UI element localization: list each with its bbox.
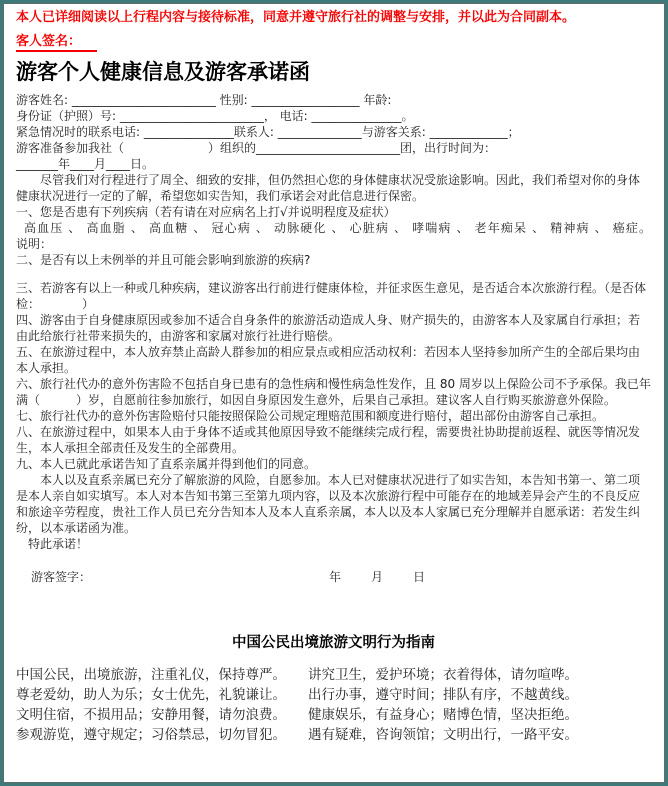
document-page: 本人已详细阅读以上行程内容与接待标准，同意并遵守旅行社的调整与安排，并以此为合同…: [0, 0, 668, 786]
clause-2: 二、是否有以上未例举的并且可能会影响到旅游的疾病?: [16, 252, 651, 268]
document-title: 游客个人健康信息及游客承诺函: [16, 59, 651, 85]
disease-list: 高血压 、 高血脂 、 高血糖 、 冠心病 、 动脉硬化 、 心脏病 、 哮喘病…: [16, 220, 651, 236]
guide-line-right: 讲究卫生，爱护环境；衣着得体，请勿喧哗。: [308, 665, 578, 685]
explanation-label: 说明：: [16, 236, 651, 252]
guide-line-left: 中国公民，出境旅游，注重礼仪，保持尊严。: [16, 665, 302, 685]
signature-row: 游客签字： 年 月 日: [16, 569, 651, 585]
guide-line-right: 健康娱乐，有益身心；赌博色情，坚决拒绝。: [308, 705, 578, 725]
form-line-name-gender-age: 游客姓名: ________________________ 性别: _____…: [16, 92, 651, 108]
clause-3: 三、若游客有以上一种或几种疾病，建议游客出行前进行健康体检，并征求医生意见，是否…: [16, 280, 651, 312]
clause-1: 一、您是否患有下列疾病（若有请在对应病名上打√并说明程度及症状）: [16, 204, 651, 220]
civility-guide-title: 中国公民出境旅游文明行为指南: [16, 634, 651, 652]
guide-row: 参观游览，遵守规定；习俗禁忌，切勿冒犯。 遇有疑难，咨询领馆；文明出行，一路平安…: [16, 725, 651, 745]
guide-line-left: 文明住宿，不损用品；安静用餐，请勿浪费。: [16, 705, 302, 725]
form-line-id-phone: 身份证（护照）号: ________________________， 电话: …: [16, 108, 651, 124]
clause-6: 六、旅行社代办的意外伤害险不包括自身已患有的急性病和慢性病急性发作，且 80 周…: [16, 376, 651, 408]
guide-row: 文明住宿，不损用品；安静用餐，请勿浪费。 健康娱乐，有益身心；赌博色情，坚决拒绝…: [16, 705, 651, 725]
confirmation-paragraph: 本人以及直系亲属已充分了解旅游的风险，自愿参加。本人已对健康状况进行了如实告知，…: [16, 472, 651, 536]
guide-line-left: 尊老爱幼，助人为乐；女士优先，礼貌谦让。: [16, 685, 302, 705]
guide-line-right: 遇有疑难，咨询领馆；文明出行，一路平安。: [308, 725, 578, 745]
guide-row: 中国公民，出境旅游，注重礼仪，保持尊严。 讲究卫生，爱护环境；衣着得体，请勿喧哗…: [16, 665, 651, 685]
signature-date-placeholder: 年 月 日: [329, 569, 427, 585]
form-line-tour-group: 游客准备参加我社（ ）组织的________________________团，…: [16, 140, 651, 156]
civility-guide: 中国公民，出境旅游，注重礼仪，保持尊严。 讲究卫生，爱护环境；衣着得体，请勿喧哗…: [16, 665, 651, 745]
tourist-signature-label: 游客签字：: [31, 569, 91, 585]
clause-7: 七、旅行社代办的意外伤害险赔付只能按照保险公司规定理赔范围和额度进行赔付，超出部…: [16, 408, 651, 424]
contract-notice-text: 本人已详细阅读以上行程内容与接待标准，同意并遵守旅行社的调整与安排，并以此为合同…: [16, 9, 651, 26]
form-line-emergency-contact: 紧急情况时的联系电话: _______________联系人: ________…: [16, 124, 651, 140]
guide-row: 尊老爱幼，助人为乐；女士优先，礼貌谦让。 出行办事，遵守时间；排队有序，不越黄线…: [16, 685, 651, 705]
guide-line-right: 出行办事，遵守时间；排队有序，不越黄线。: [308, 685, 578, 705]
form-line-travel-date: _______年____月____日。: [16, 156, 651, 172]
intro-paragraph: 尽管我们对行程进行了周全、细致的安排，但仍然担心您的身体健康状况受旅途影响。因此…: [16, 172, 651, 204]
clause-5: 五、在旅游过程中，本人放弃禁止高龄人群参加的相应景点或相应活动权利：若因本人坚持…: [16, 344, 651, 376]
promise-statement: 特此承诺！: [16, 536, 651, 552]
guide-line-left: 参观游览，遵守规定；习俗禁忌，切勿冒犯。: [16, 725, 302, 745]
clause-9: 九、本人已就此承诺告知了直系亲属并得到他们的同意。: [16, 456, 651, 472]
guest-signature-line: 客人签名：: [16, 33, 651, 52]
guest-signature-label: 客人签名：: [16, 33, 97, 52]
document-body: 游客姓名: ________________________ 性别: _____…: [16, 92, 651, 585]
clause-4: 四、游客由于自身健康原因或参加不适合自身条件的旅游活动造成人身、财产损失的，由游…: [16, 312, 651, 344]
clause-8: 八、在旅游过程中，如果本人由于身体不适或其他原因导致不能继续完成行程，需要贵社协…: [16, 424, 651, 456]
